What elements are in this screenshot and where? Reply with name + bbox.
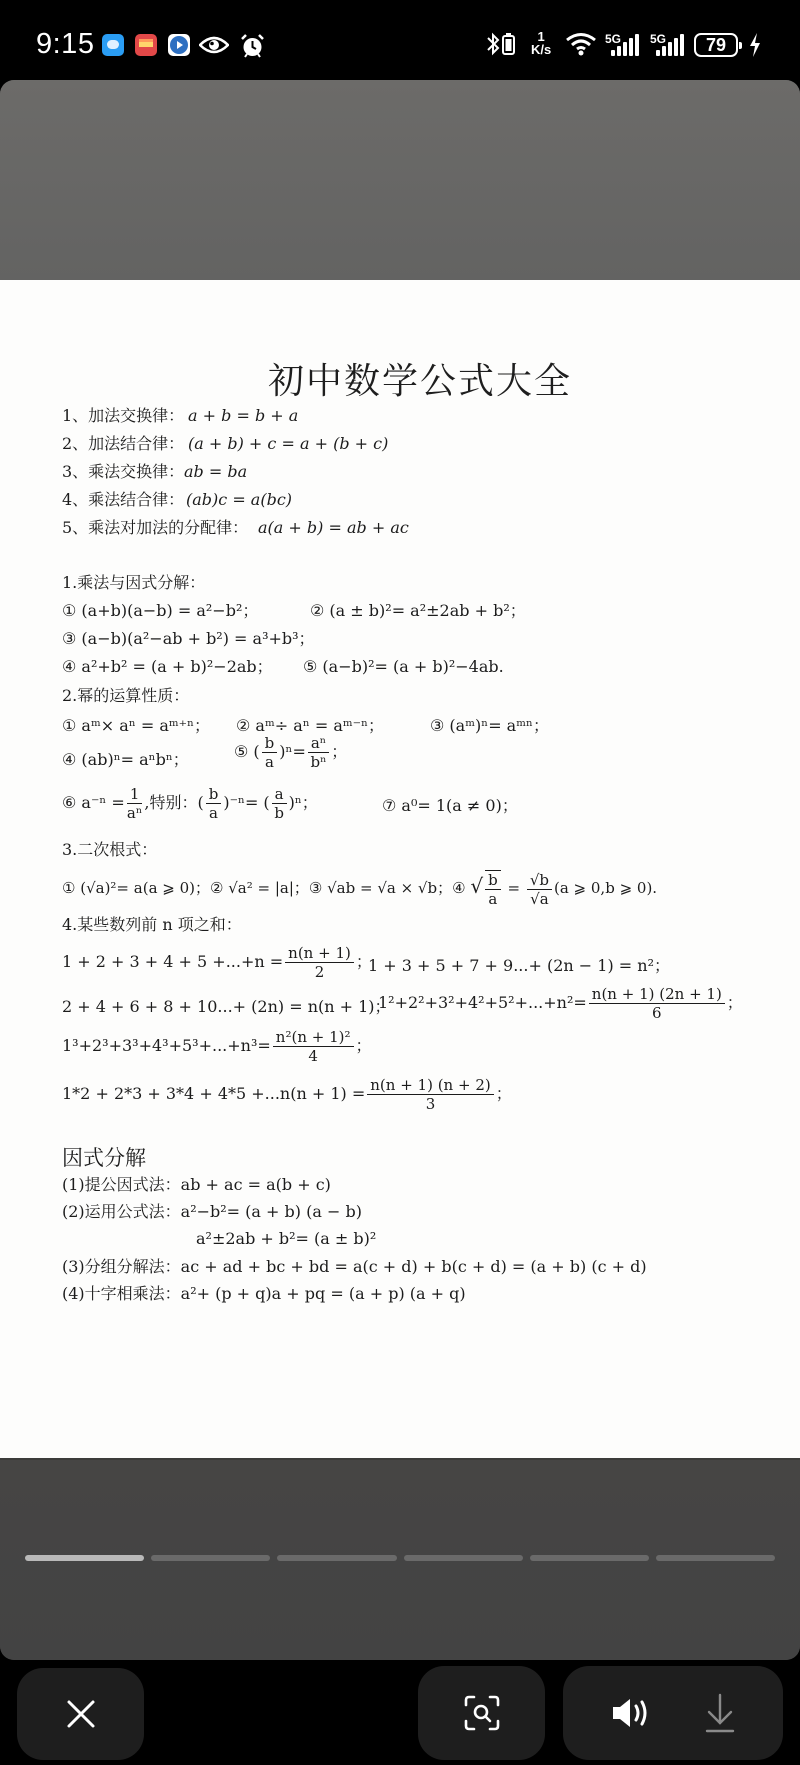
scan-search-icon xyxy=(463,1694,501,1732)
law-5-formula: a(a + b) = ab + ac xyxy=(258,518,409,538)
image-viewer[interactable]: 初中数学公式大全 1、加法交换律： a + b = b + a 2、加法结合律：… xyxy=(0,80,800,1660)
factor-method-1: (1)提公因式法：ab + ac = a(b + c) xyxy=(62,1175,331,1195)
viewer-top-overlay xyxy=(0,80,800,280)
s4-row-1a: 1 + 2 + 3 + 4 + 5 +...+n =n(n + 1)2； xyxy=(62,944,372,981)
s1-formula-5: ⑤ (a−b)²= (a + b)²−4ab. xyxy=(303,657,504,677)
s1-formula-2: ② (a ± b)²= a²±2ab + b²； xyxy=(310,601,526,621)
page-segment-4[interactable] xyxy=(404,1555,523,1561)
law-4-formula: (ab)c = a(bc) xyxy=(186,490,292,510)
s2-formula-4: ④ (ab)ⁿ= aⁿbⁿ； xyxy=(62,750,189,770)
page-segment-5[interactable] xyxy=(530,1555,649,1561)
document-title: 初中数学公式大全 xyxy=(0,353,800,404)
document-image[interactable]: 初中数学公式大全 1、加法交换律： a + b = b + a 2、加法结合律：… xyxy=(0,280,800,1460)
message-app-icon xyxy=(102,34,124,56)
s1-formula-1: ① (a+b)(a−b) = a²−b²； xyxy=(62,601,258,621)
section-3-heading: 3.二次根式： xyxy=(62,840,157,860)
bottom-action-bar xyxy=(0,1660,800,1765)
net-speed-unit: K/s xyxy=(531,42,551,57)
law-1: 1、加法交换律： xyxy=(62,406,184,426)
wifi-icon xyxy=(565,32,597,56)
s2-formula-3: ③ (aᵐ)ⁿ= aᵐⁿ； xyxy=(430,716,549,736)
network-speed: 1 K/s xyxy=(531,30,551,56)
media-actions-group xyxy=(563,1666,783,1760)
factor-method-2: (2)运用公式法：a²−b²= (a + b) (a − b) xyxy=(62,1202,362,1222)
page-segment-6[interactable] xyxy=(656,1555,775,1561)
law-4: 4、乘法结合律： xyxy=(62,490,184,510)
sim2-signal-icon xyxy=(656,34,684,56)
section-1-heading: 1.乘法与因式分解： xyxy=(62,573,205,593)
s1-formula-4: ④ a²+b² = (a + b)²−2ab； xyxy=(62,657,273,677)
page-progress-indicator[interactable] xyxy=(25,1555,775,1563)
s2-formula-2: ② aᵐ÷ aⁿ = aᵐ⁻ⁿ； xyxy=(236,716,384,736)
s2-formula-1: ① aᵐ× aⁿ = aᵐ⁺ⁿ； xyxy=(62,716,210,736)
s2-formula-7: ⑦ a⁰= 1(a ≠ 0)； xyxy=(382,796,518,816)
s1-formula-3: ③ (a−b)(a²−ab + b²) = a³+b³； xyxy=(62,629,315,649)
status-time: 9:15 xyxy=(36,28,94,61)
status-bar: 9:15 1 K/s 5G 5G 79 xyxy=(0,0,800,80)
section-4-heading: 4.某些数列前 n 项之和： xyxy=(62,915,242,935)
video-app-icon xyxy=(168,34,190,56)
speaker-icon[interactable] xyxy=(611,1696,653,1730)
page-segment-1[interactable] xyxy=(25,1555,144,1561)
battery-indicator: 79 xyxy=(694,33,738,57)
s4-row-4: 1*2 + 2*3 + 3*4 + 4*5 +...n(n + 1) =n(n … xyxy=(62,1076,512,1113)
s4-row-1b: 1 + 3 + 5 + 7 + 9...+ (2n − 1) = n²； xyxy=(368,956,670,976)
download-icon[interactable] xyxy=(704,1693,736,1733)
page-segment-2[interactable] xyxy=(151,1555,270,1561)
law-2-formula: (a + b) + c = a + (b + c) xyxy=(188,434,388,454)
factorization-heading: 因式分解 xyxy=(62,1142,146,1172)
s3-formula-row: ① (√a)²= a(a ⩾ 0)；② √a² = |a|；③ √ab = √a… xyxy=(62,870,657,908)
s4-row-3: 1³+2³+3³+4³+5³+...+n³=n²(n + 1)²4； xyxy=(62,1028,372,1065)
scan-search-button[interactable] xyxy=(418,1666,545,1760)
law-3-formula: ab = ba xyxy=(184,462,247,482)
s4-row-2b: 1²+2²+3²+4²+5²+...+n²=n(n + 1) (2n + 1)6… xyxy=(378,985,743,1022)
s4-row-2a: 2 + 4 + 6 + 8 + 10...+ (2n) = n(n + 1)； xyxy=(62,997,391,1017)
eye-icon xyxy=(199,36,229,54)
alarm-icon xyxy=(240,33,265,58)
factor-method-2b: a²±2ab + b²= (a ± b)² xyxy=(196,1229,376,1249)
law-3: 3、乘法交换律： xyxy=(62,462,184,482)
s2-formula-5: ⑤ (ba)ⁿ=aⁿbⁿ； xyxy=(234,734,347,771)
page-segment-3[interactable] xyxy=(277,1555,396,1561)
factor-method-3: (3)分组分解法：ac + ad + bc + bd = a(c + d) + … xyxy=(62,1257,647,1277)
bluetooth-vibrate-icon xyxy=(486,32,518,62)
sim1-signal-icon xyxy=(611,34,639,56)
s2-formula-6: ⑥ a⁻ⁿ =1aⁿ,特别：(ba)⁻ⁿ= (ab)ⁿ； xyxy=(62,785,318,822)
red-app-icon xyxy=(135,34,157,56)
factor-method-4: (4)十字相乘法：a²+ (p + q)a + pq = (a + p) (a … xyxy=(62,1284,466,1304)
close-icon xyxy=(65,1698,97,1730)
law-5: 5、乘法对加法的分配律： xyxy=(62,518,248,538)
law-2: 2、加法结合律： xyxy=(62,434,184,454)
charging-bolt-icon xyxy=(748,32,762,58)
law-1-formula: a + b = b + a xyxy=(188,406,298,426)
close-button[interactable] xyxy=(17,1668,144,1760)
section-2-heading: 2.幂的运算性质： xyxy=(62,686,189,706)
